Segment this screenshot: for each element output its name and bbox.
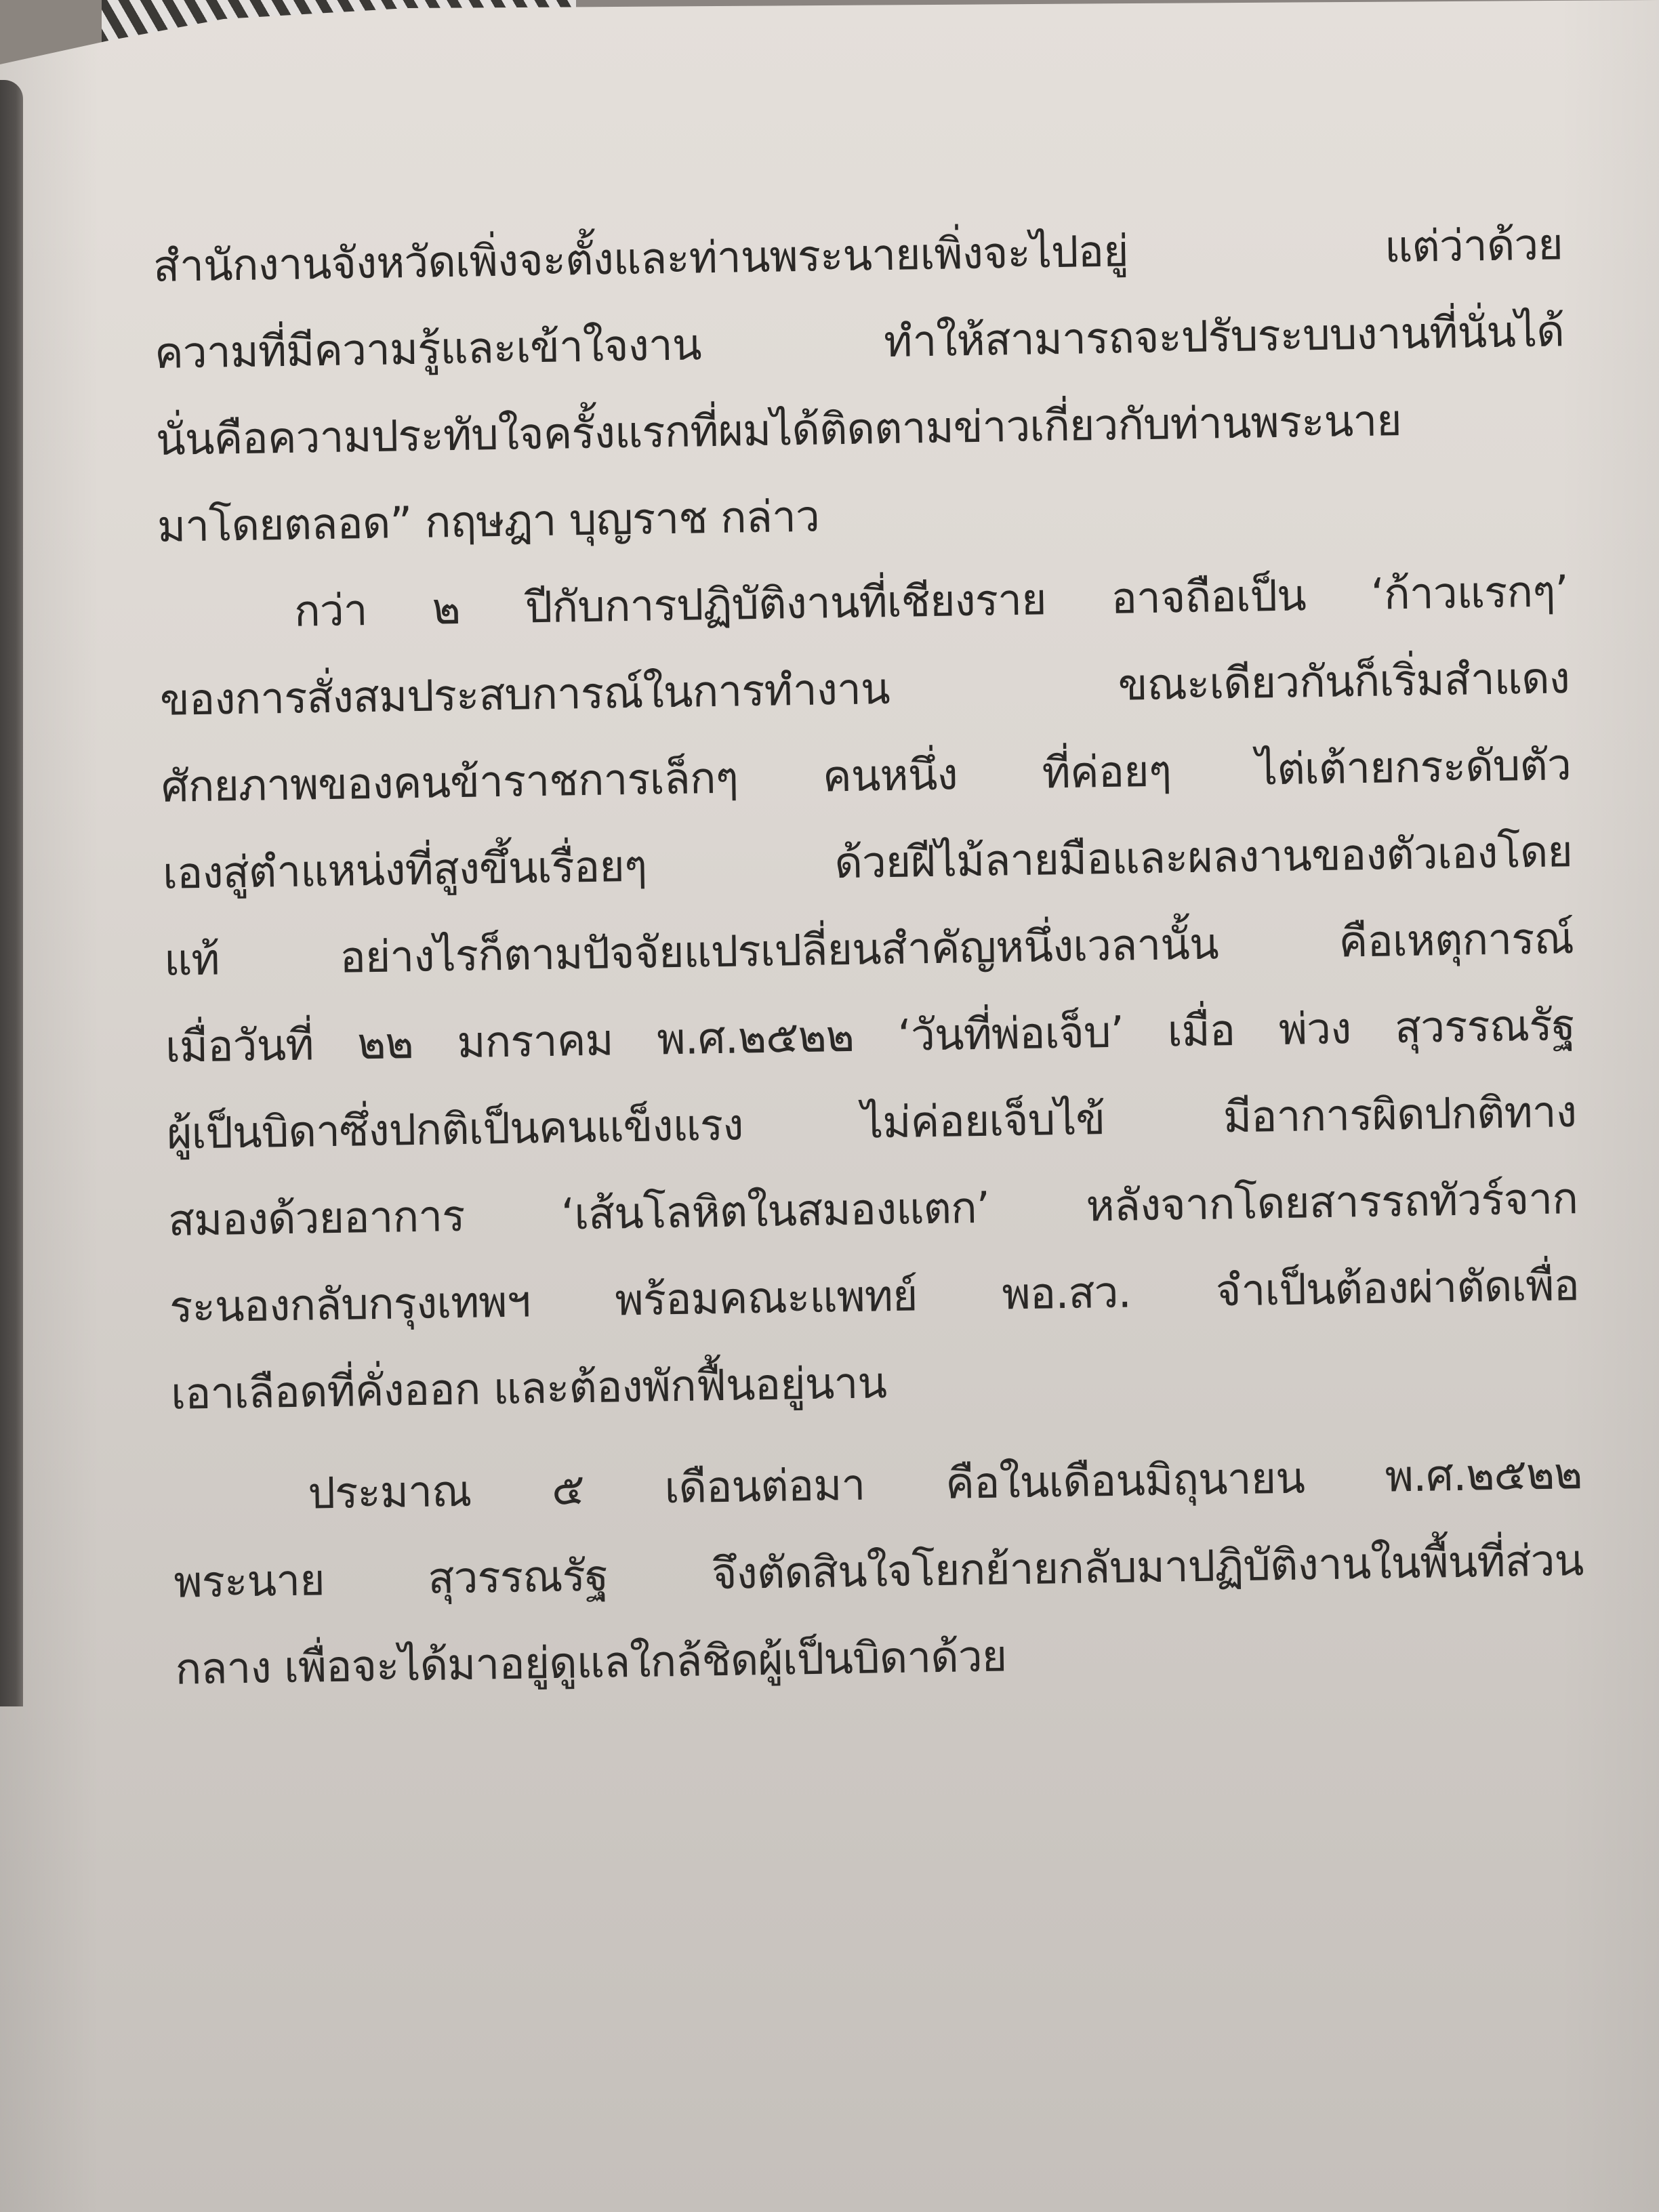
- paragraph-3: ประมาณ ๕ เดือนต่อมา คือในเดือนมิถุนายน พ…: [171, 1431, 1585, 1713]
- book-binding-edge: [0, 80, 23, 1706]
- paragraph-1: สำนักงานจังหวัดเพิ่งจะตั้งและท่านพระนายเ…: [152, 201, 1568, 571]
- book-page: สำนักงานจังหวัดเพิ่งจะตั้งและท่านพระนายเ…: [0, 0, 1659, 2212]
- paragraph-2: กว่า ๒ ปีกับการปฏิบัติงานที่เชียงราย อาจ…: [158, 548, 1581, 1438]
- page-body-text: สำนักงานจังหวัดเพิ่งจะตั้งและท่านพระนายเ…: [152, 201, 1585, 1713]
